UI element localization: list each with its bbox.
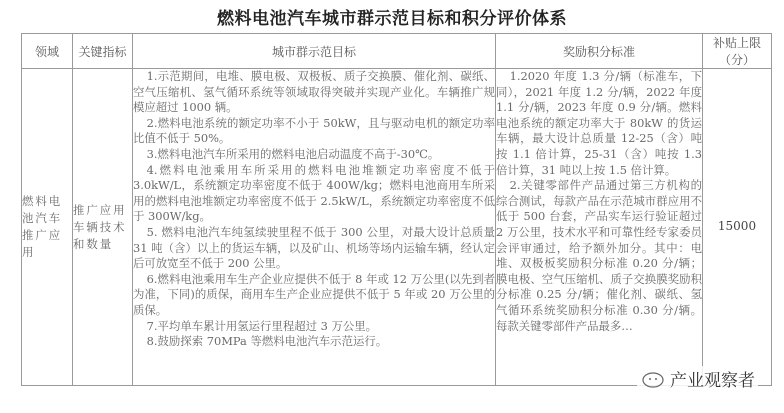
header-cap-line2: （分） — [703, 51, 771, 68]
header-indicator: 关键指标 — [73, 34, 133, 69]
goal-item: 4.燃料电池乘用车所采用的燃料电池堆额定功率密度不低于 3.0kW/L，系统额定… — [133, 163, 495, 225]
goal-item: 6.燃料电池乘用车生产企业应提供不低于 8 年或 12 万公里(以先到者为准，下… — [133, 272, 495, 319]
watermark-label: 产业观察者 — [670, 366, 755, 391]
table-row: 燃料电池汽车推广应用 推广应用车辆技术和数量 1.示范期间，电堆、膜电极、双极板… — [22, 69, 772, 386]
wechat-icon — [640, 370, 666, 388]
header-rules: 奖励积分标准 — [496, 34, 703, 69]
evaluation-table: 领域 关键指标 城市群示范目标 奖励积分标准 补贴上限 （分） 燃料电池汽车推广… — [21, 33, 772, 386]
watermark: 产业观察者 — [637, 366, 758, 391]
cell-field: 燃料电池汽车推广应用 — [22, 69, 73, 386]
goal-item: 1.示范期间，电堆、膜电极、双极板、质子交换膜、催化剂、碳纸、空气压缩机、氢气循… — [133, 69, 495, 116]
header-cap: 补贴上限 （分） — [703, 34, 772, 69]
rule-item: 1.2020 年度 1.3 分/辆（标准车，下同），2021 年度 1.2 分/… — [496, 69, 702, 178]
table-header-row: 领域 关键指标 城市群示范目标 奖励积分标准 补贴上限 （分） — [22, 34, 772, 69]
rule-item: 2.关键零部件产品通过第三方机构的综合测试，每款产品在示范城市群应用不低于 50… — [496, 178, 702, 334]
goal-item: 5. 燃料电池汽车纯氢续驶里程不低于 300 公里，对最大设计总质量 31 吨（… — [133, 225, 495, 272]
goal-item: 3.燃料电池汽车所采用的燃料电池启动温度不高于-30℃。 — [133, 147, 495, 163]
goal-item: 2.燃料电池系统的额定功率不小于 50kW，且与驱动电机的额定功率比值不低于 5… — [133, 116, 495, 147]
document-title: 燃料电池汽车城市群示范目标和积分评价体系 — [0, 4, 784, 29]
cell-cap: 15000 — [703, 69, 772, 386]
goal-item: 8.鼓励探索 70MPa 等燃料电池汽车示范运行。 — [133, 334, 495, 350]
header-field: 领域 — [22, 34, 73, 69]
header-cap-line1: 补贴上限 — [703, 34, 771, 51]
cell-goals: 1.示范期间，电堆、膜电极、双极板、质子交换膜、催化剂、碳纸、空气压缩机、氢气循… — [133, 69, 496, 386]
cell-rules: 1.2020 年度 1.3 分/辆（标准车，下同），2021 年度 1.2 分/… — [496, 69, 703, 386]
cell-indicator: 推广应用车辆技术和数量 — [73, 69, 133, 386]
header-goals: 城市群示范目标 — [133, 34, 496, 69]
goal-item: 7.平均单车累计用氢运行里程超过 3 万公里。 — [133, 319, 495, 335]
